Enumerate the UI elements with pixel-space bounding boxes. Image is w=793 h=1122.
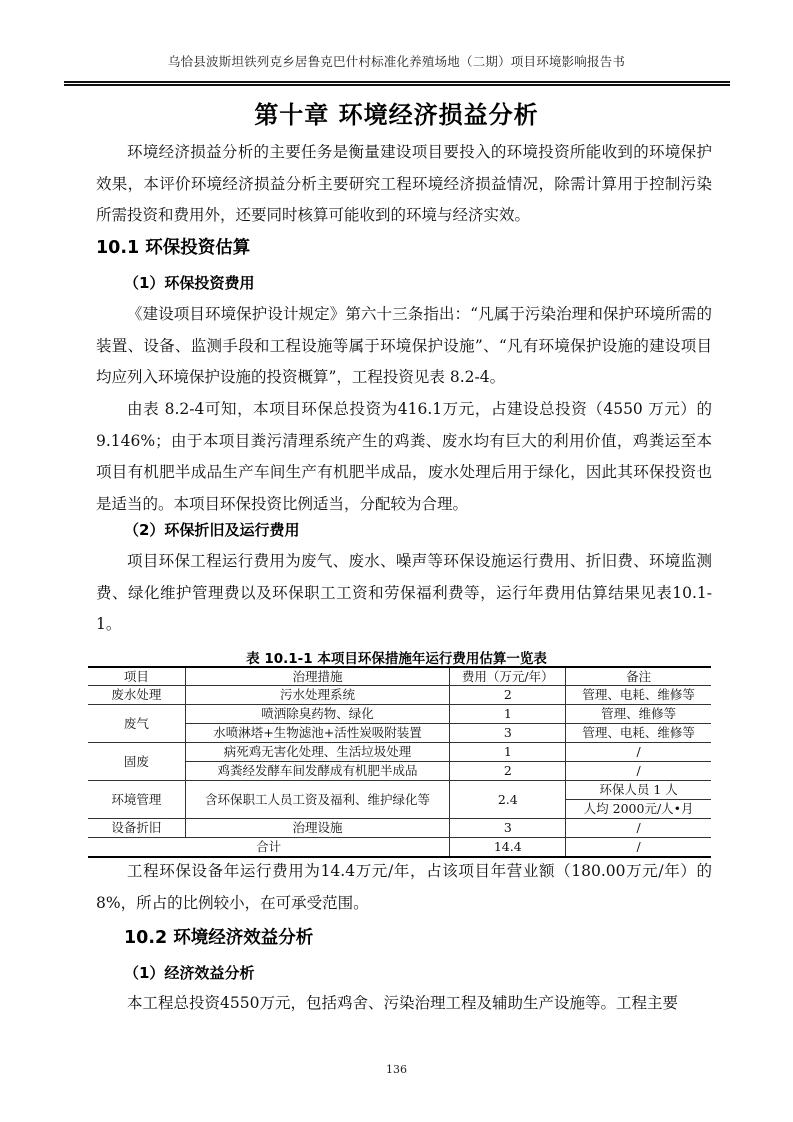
section-heading-10-1: 10.1 环保投资估算 — [96, 234, 250, 259]
cell-note: 管理、维修等 — [566, 705, 711, 724]
header-cost: 费用（万元/年） — [450, 667, 566, 686]
section-heading-10-2: 10.2 环境经济效益分析 — [124, 924, 313, 949]
cell-note: / — [566, 762, 711, 781]
table-row: 环境管理 含环保职工人员工资及福利、维护绿化等 2.4 环保人员 1 人 — [88, 781, 711, 800]
table-row: 固废 病死鸡无害化处理、生活垃圾处理 1 / — [88, 743, 711, 762]
subsection-heading-operating-cost: （2）环保折旧及运行费用 — [124, 519, 299, 540]
header-measure: 治理措施 — [185, 667, 450, 686]
operating-cost-paragraph: 项目环保工程运行费用为废气、废水、噪声等环保设施运行费用、折旧费、环境监测费、绿… — [96, 546, 712, 641]
cell-note: / — [566, 743, 711, 762]
operating-cost-table: 项目 治理措施 费用（万元/年） 备注 废水处理 污水处理系统 2 管理、电耗、… — [88, 666, 711, 858]
cell-item: 固废 — [88, 743, 185, 781]
subsection-heading-economic-benefit: （1）经济效益分析 — [124, 962, 254, 983]
running-header: 乌恰县波斯坦铁列克乡居鲁克巴什村标准化养殖场地（二期）项目环境影响报告书 — [0, 52, 793, 70]
total-label: 合计 — [88, 838, 450, 858]
table-caption: 表 10.1-1 本项目环保措施年运行费用估算一览表 — [0, 647, 793, 667]
cell-measure: 含环保职工人员工资及福利、维护绿化等 — [185, 781, 450, 819]
cell-note: 管理、电耗、维修等 — [566, 724, 711, 743]
cell-measure: 鸡粪经发酵车间发酵成有机肥半成品 — [185, 762, 450, 781]
intro-paragraph: 环境经济损益分析的主要任务是衡量建设项目要投入的环境投资所能收到的环境保护效果，… — [96, 137, 712, 232]
total-note: / — [566, 838, 711, 858]
table-row: 废水处理 污水处理系统 2 管理、电耗、维修等 — [88, 686, 711, 705]
investment-paragraph-1: 《建设项目环境保护设计规定》第六十三条指出：“凡属于污染治理和保护环境所需的装置… — [96, 299, 712, 394]
cell-item: 设备折旧 — [88, 819, 185, 838]
table-header-row: 项目 治理措施 费用（万元/年） 备注 — [88, 667, 711, 686]
cell-cost: 1 — [450, 743, 566, 762]
cell-item: 废水处理 — [88, 686, 185, 705]
header-item: 项目 — [88, 667, 185, 686]
table-total-row: 合计 14.4 / — [88, 838, 711, 858]
table-row: 废气 喷洒除臭药物、绿化 1 管理、维修等 — [88, 705, 711, 724]
cell-item: 废气 — [88, 705, 185, 743]
header-double-rule — [64, 81, 730, 86]
cell-note-2: 人均 2000元/人•月 — [566, 800, 711, 819]
cell-cost: 3 — [450, 819, 566, 838]
header-note: 备注 — [566, 667, 711, 686]
cell-cost: 2 — [450, 686, 566, 705]
cell-note: / — [566, 819, 711, 838]
cell-measure: 治理设施 — [185, 819, 450, 838]
after-table-paragraph: 工程环保设备年运行费用为14.4万元/年，占该项目年营业额（180.00万元/年… — [96, 856, 712, 919]
cell-item: 环境管理 — [88, 781, 185, 819]
cell-measure: 喷洒除臭药物、绿化 — [185, 705, 450, 724]
investment-paragraph-2: 由表 8.2-4可知，本项目环保总投资为416.1万元，占建设总投资（4550 … — [96, 394, 712, 520]
table-row: 设备折旧 治理设施 3 / — [88, 819, 711, 838]
page-number: 136 — [0, 1063, 793, 1076]
cell-cost: 1 — [450, 705, 566, 724]
cell-note: 管理、电耗、维修等 — [566, 686, 711, 705]
cell-cost: 2.4 — [450, 781, 566, 819]
cell-measure: 病死鸡无害化处理、生活垃圾处理 — [185, 743, 450, 762]
total-cost: 14.4 — [450, 838, 566, 858]
cell-cost: 3 — [450, 724, 566, 743]
economic-benefit-paragraph: 本工程总投资4550万元，包括鸡舍、污染治理工程及辅助生产设施等。工程主要 — [96, 988, 712, 1020]
subsection-heading-investment: （1）环保投资费用 — [124, 272, 254, 293]
cell-cost: 2 — [450, 762, 566, 781]
cell-note: 环保人员 1 人 — [566, 781, 711, 800]
cell-measure: 水喷淋塔+生物滤池+活性炭吸附装置 — [185, 724, 450, 743]
chapter-title: 第十章 环境经济损益分析 — [0, 95, 793, 130]
cell-measure: 污水处理系统 — [185, 686, 450, 705]
